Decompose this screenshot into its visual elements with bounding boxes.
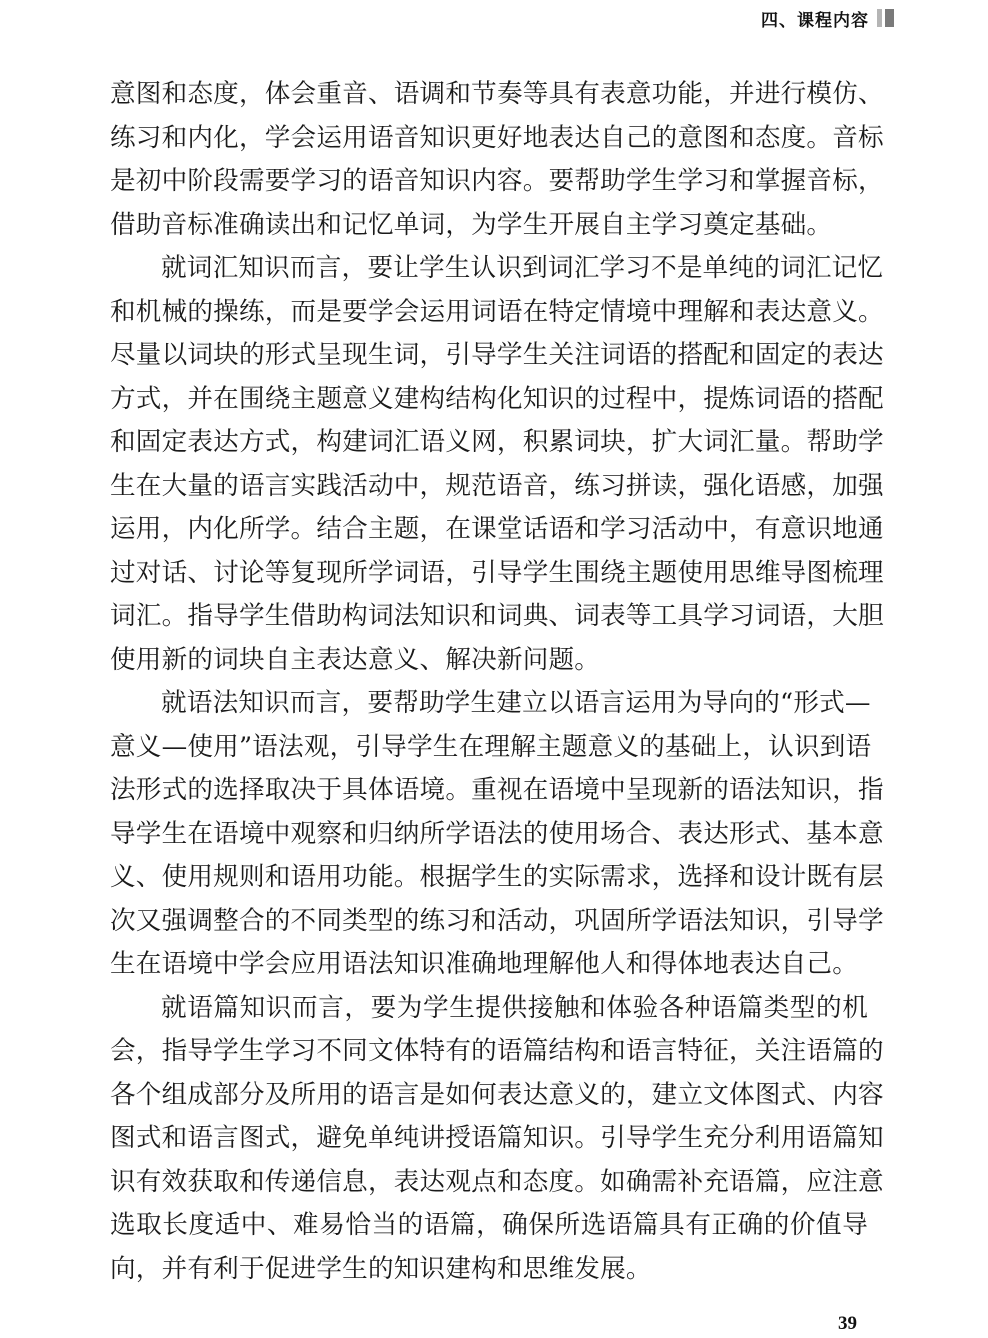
text-line: 会，指导学生学习不同文体特有的语篇结构和语言特征，关注语篇的	[110, 1030, 868, 1074]
text-line: 法形式的选择取决于具体语境。重视在语境中呈现新的语法知识，指	[110, 769, 868, 813]
text-line: 和机械的操练，而是要学会运用词语在特定情境中理解和表达意义。	[110, 291, 868, 335]
light-bar-icon	[877, 9, 882, 27]
page-body: 意图和态度，体会重音、语调和节奏等具有表意功能，并进行模仿、 练习和内化，学会运…	[110, 73, 868, 1291]
text-line: 就语法知识而言，要帮助学生建立以语言运用为导向的“形式—	[110, 682, 868, 726]
text-line: 就语篇知识而言，要为学生提供接触和体验各种语篇类型的机	[110, 987, 868, 1031]
text-line: 尽量以词块的形式呈现生词，引导学生关注词语的搭配和固定的表达	[110, 334, 868, 378]
text-line: 和固定表达方式，构建词汇语义网，积累词块，扩大词汇量。帮助学	[110, 421, 868, 465]
paragraph-discourse: 就语篇知识而言，要为学生提供接触和体验各种语篇类型的机 会，指导学生学习不同文体…	[110, 987, 868, 1292]
text-line: 意义—使用”语法观，引导学生在理解主题意义的基础上，认识到语	[110, 726, 868, 770]
running-header: 四、课程内容	[761, 6, 894, 30]
text-line: 是初中阶段需要学习的语音知识内容。要帮助学生学习和掌握音标，	[110, 160, 868, 204]
text-line: 练习和内化，学会运用语音知识更好地表达自己的意图和态度。音标	[110, 117, 868, 161]
text-line: 次又强调整合的不同类型的练习和活动，巩固所学语法知识，引导学	[110, 900, 868, 944]
text-line: 生在语境中学会应用语法知识准确地理解他人和得体地表达自己。	[110, 943, 868, 987]
paragraph-vocabulary: 就词汇知识而言，要让学生认识到词汇学习不是单纯的词汇记忆 和机械的操练，而是要学…	[110, 247, 868, 682]
dark-bar-icon	[885, 9, 894, 27]
text-line: 识有效获取和传递信息，表达观点和态度。如确需补充语篇，应注意	[110, 1161, 868, 1205]
header-decoration-bars	[877, 9, 894, 27]
text-line: 义、使用规则和语用功能。根据学生的实际需求，选择和设计既有层	[110, 856, 868, 900]
text-line: 向，并有利于促进学生的知识建构和思维发展。	[110, 1248, 868, 1292]
text-line: 图式和语言图式，避免单纯讲授语篇知识。引导学生充分利用语篇知	[110, 1117, 868, 1161]
text-line: 就词汇知识而言，要让学生认识到词汇学习不是单纯的词汇记忆	[110, 247, 868, 291]
text-line: 生在大量的语言实践活动中，规范语音，练习拼读，强化语感，加强	[110, 465, 868, 509]
paragraph-grammar: 就语法知识而言，要帮助学生建立以语言运用为导向的“形式— 意义—使用”语法观，引…	[110, 682, 868, 987]
text-line: 选取长度适中、难易恰当的语篇，确保所选语篇具有正确的价值导	[110, 1204, 868, 1248]
page-number: 39	[838, 1313, 857, 1335]
text-line: 借助音标准确读出和记忆单词，为学生开展自主学习奠定基础。	[110, 204, 868, 248]
section-title: 四、课程内容	[761, 6, 869, 31]
text-line: 方式，并在围绕主题意义建构结构化知识的过程中，提炼词语的搭配	[110, 378, 868, 422]
text-line: 各个组成部分及所用的语言是如何表达意义的，建立文体图式、内容	[110, 1074, 868, 1118]
text-line: 意图和态度，体会重音、语调和节奏等具有表意功能，并进行模仿、	[110, 73, 868, 117]
text-line: 词汇。指导学生借助构词法知识和词典、词表等工具学习词语，大胆	[110, 595, 868, 639]
text-line: 过对话、讨论等复现所学词语，引导学生围绕主题使用思维导图梳理	[110, 552, 868, 596]
paragraph-phonetics: 意图和态度，体会重音、语调和节奏等具有表意功能，并进行模仿、 练习和内化，学会运…	[110, 73, 868, 247]
text-line: 使用新的词块自主表达意义、解决新问题。	[110, 639, 868, 683]
text-line: 运用，内化所学。结合主题，在课堂话语和学习活动中，有意识地通	[110, 508, 868, 552]
text-line: 导学生在语境中观察和归纳所学语法的使用场合、表达形式、基本意	[110, 813, 868, 857]
